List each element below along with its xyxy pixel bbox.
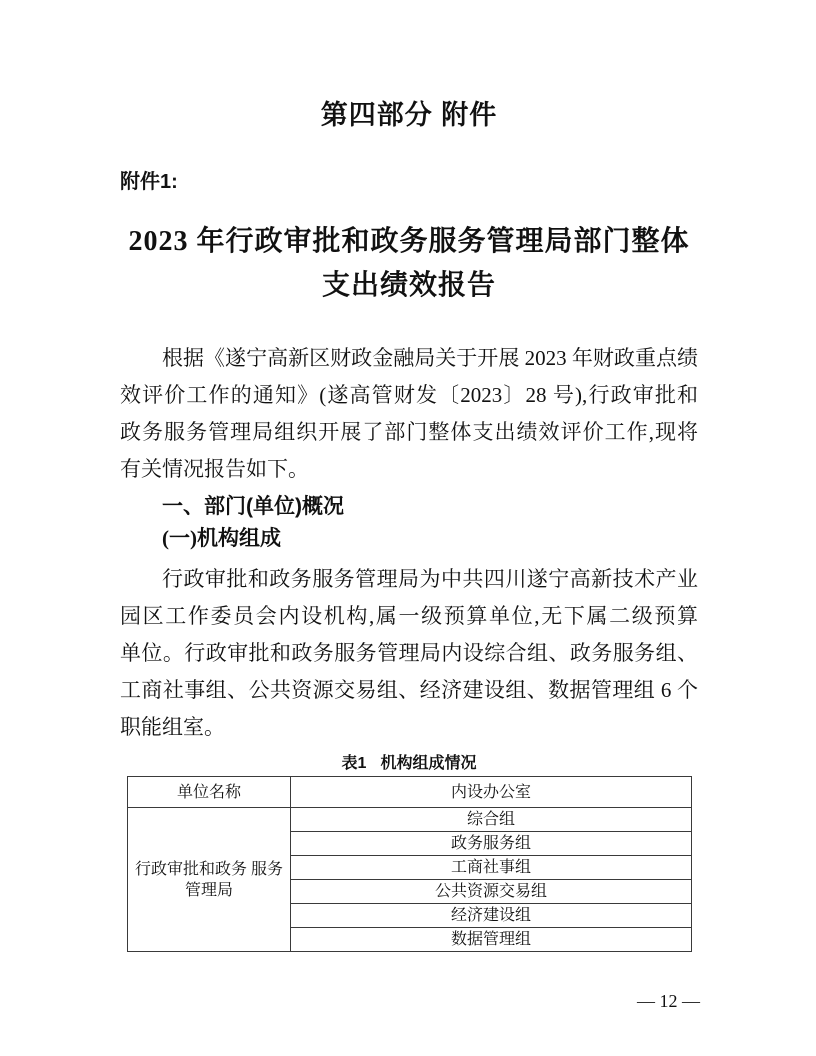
office-cell: 政务服务组 xyxy=(291,832,692,856)
paragraph-intro: 根据《遂宁高新区财政金融局关于开展 2023 年财政重点绩 效评价工作的通知》(… xyxy=(120,340,698,488)
paragraph-line: 有关情况报告如下。 xyxy=(120,451,698,488)
table-header-row: 单位名称 内设办公室 xyxy=(128,777,692,808)
header-unit-name: 单位名称 xyxy=(128,777,291,808)
office-cell: 经济建设组 xyxy=(291,904,692,928)
report-title: 2023 年行政审批和政务服务管理局部门整体 支出绩效报告 xyxy=(120,220,698,308)
paragraph-line: 园区工作委员会内设机构,属一级预算单位,无下属二级预算 xyxy=(120,598,698,635)
table-caption-title: 机构组成情况 xyxy=(380,755,476,772)
paragraph-line: 效评价工作的通知》(遂高管财发〔2023〕28 号),行政审批和 xyxy=(120,377,698,414)
document-page: 第四部分 附件 附件1: 2023 年行政审批和政务服务管理局部门整体 支出绩效… xyxy=(0,0,816,1056)
office-cell: 数据管理组 xyxy=(291,928,692,952)
table-caption-label: 表1 xyxy=(342,755,367,772)
paragraph-line: 职能组室。 xyxy=(120,709,698,746)
unit-name-cell: 行政审批和政务 服务管理局 xyxy=(128,808,291,952)
paragraph-line: 行政审批和政务服务管理局为中共四川遂宁高新技术产业 xyxy=(120,561,698,598)
table-row: 行政审批和政务 服务管理局 综合组 xyxy=(128,808,692,832)
office-cell: 工商社事组 xyxy=(291,856,692,880)
section-title: 第四部分 附件 xyxy=(120,98,698,132)
org-composition-table: 单位名称 内设办公室 行政审批和政务 服务管理局 综合组 政务服务组 工商社事组… xyxy=(127,776,692,952)
office-cell: 公共资源交易组 xyxy=(291,880,692,904)
paragraph-line: 单位。行政审批和政务服务管理局内设综合组、政务服务组、 xyxy=(120,635,698,672)
office-cell: 综合组 xyxy=(291,808,692,832)
report-title-line1: 2023 年行政审批和政务服务管理局部门整体 xyxy=(120,220,698,264)
paragraph-line: 政务服务管理局组织开展了部门整体支出绩效评价工作,现将 xyxy=(120,414,698,451)
table-caption: 表1机构组成情况 xyxy=(120,755,698,773)
paragraph-line: 根据《遂宁高新区财政金融局关于开展 2023 年财政重点绩 xyxy=(120,340,698,377)
heading-department-overview: 一、部门(单位)概况 xyxy=(120,490,698,523)
paragraph-line: 工商社事组、公共资源交易组、经济建设组、数据管理组 6 个 xyxy=(120,672,698,709)
header-internal-office: 内设办公室 xyxy=(291,777,692,808)
attachment-label: 附件1: xyxy=(120,168,698,196)
heading-org-composition: (一)机构组成 xyxy=(120,523,698,553)
page-number: — 12 — xyxy=(637,990,700,1012)
report-title-line2: 支出绩效报告 xyxy=(120,264,698,308)
paragraph-org: 行政审批和政务服务管理局为中共四川遂宁高新技术产业 园区工作委员会内设机构,属一… xyxy=(120,561,698,746)
